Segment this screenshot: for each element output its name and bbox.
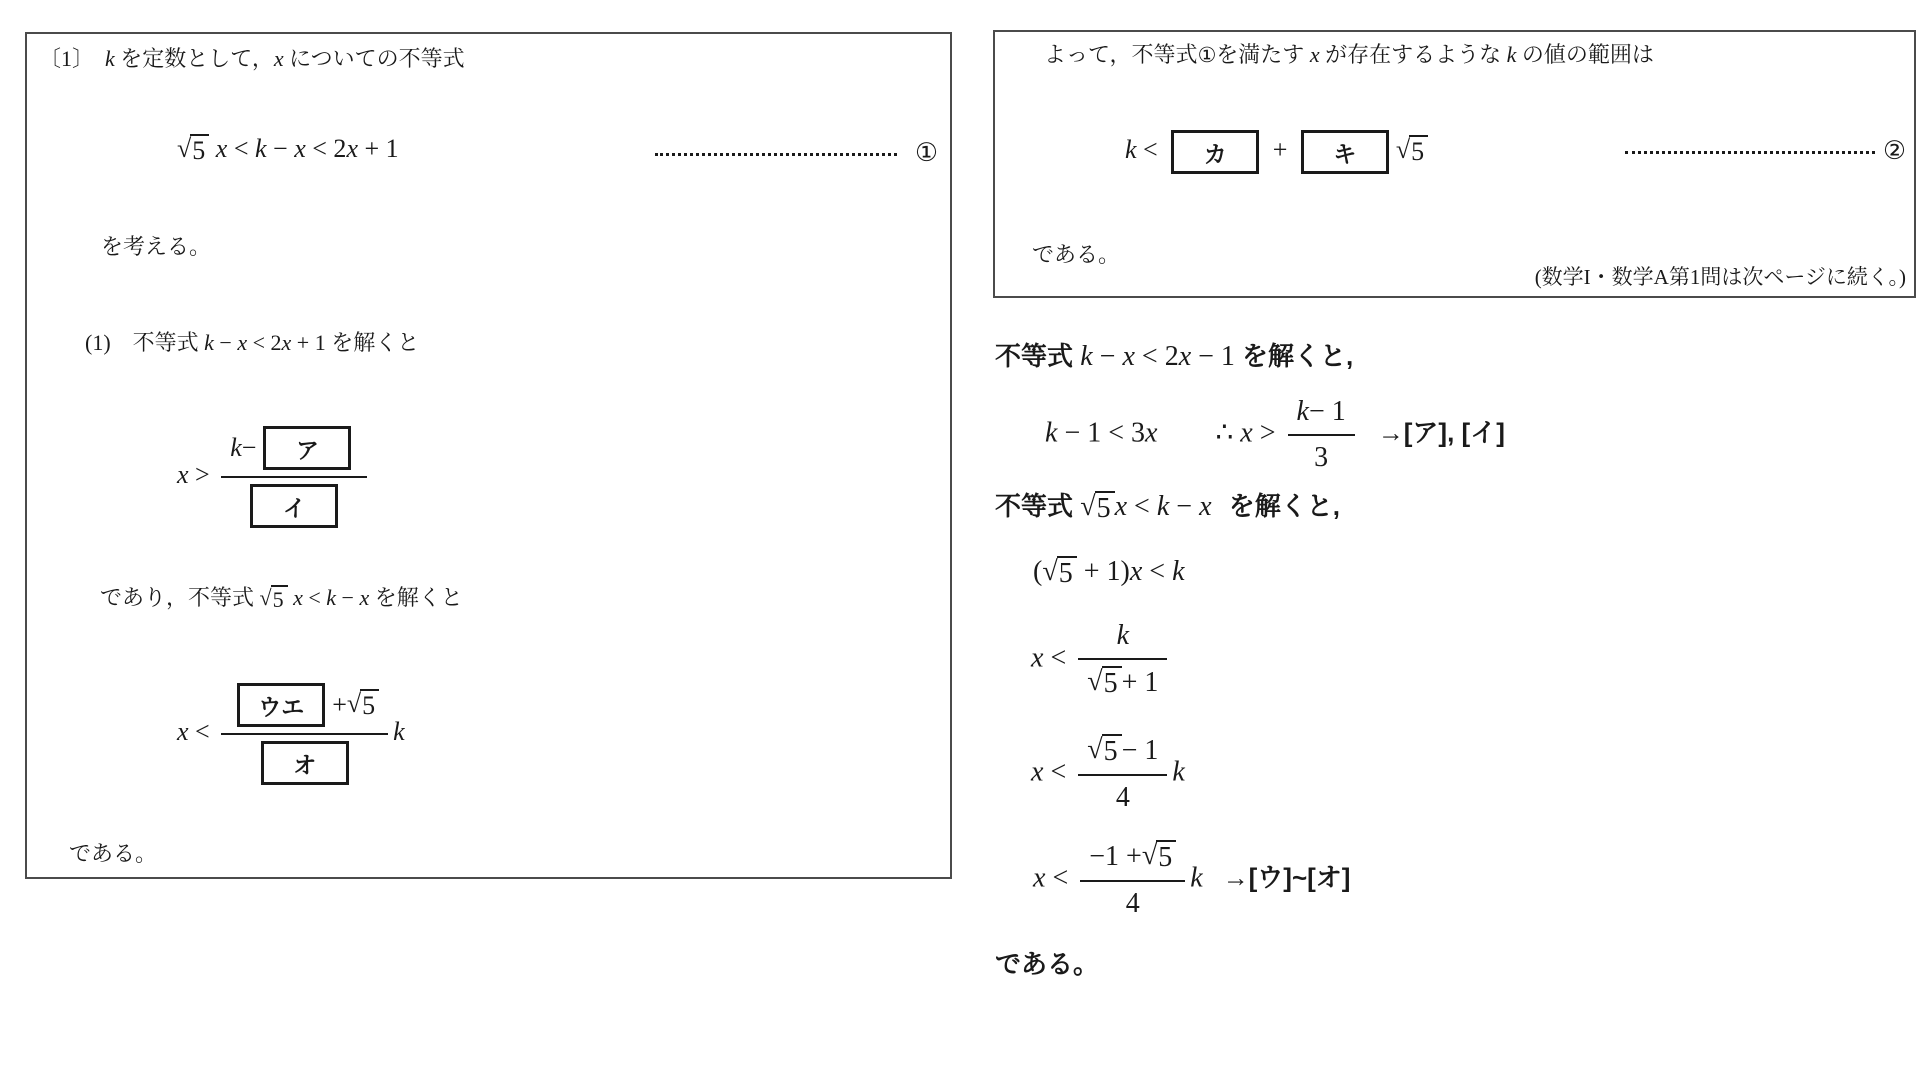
math-variable: x: [1145, 417, 1157, 448]
text: を解くと: [369, 585, 463, 610]
math-variable: x: [1310, 42, 1320, 67]
fraction-numerator: k − ア: [221, 424, 367, 478]
text: −: [242, 433, 257, 463]
math-variable: x: [1199, 491, 1211, 522]
text: − 1: [1191, 341, 1242, 372]
math-variable: x: [288, 585, 303, 610]
math-variable: k: [1172, 757, 1184, 788]
fraction-denominator: 4: [1080, 882, 1185, 922]
circled-number-2: ②: [1883, 136, 1906, 166]
fraction: ウエ + √5オ: [221, 681, 388, 787]
gothic-text: を解くと,: [1242, 341, 1353, 371]
sqrt-expression: √5: [1087, 734, 1121, 768]
text: <: [1043, 757, 1073, 788]
gothic-text: を解くと,: [1222, 491, 1340, 521]
text: − 1: [1122, 735, 1159, 767]
text: (1) 不等式: [85, 330, 204, 355]
gothic-text: 不等式: [995, 341, 1080, 371]
text: − 1 < 3: [1057, 417, 1145, 448]
solution-line-4: (√5 + 1)x < k: [1033, 556, 1185, 590]
text: −: [1169, 491, 1199, 522]
fraction-numerator: k: [1078, 618, 1167, 660]
solution-line-1: 不等式 k − x < 2x − 1 を解くと,: [995, 336, 1353, 373]
text: −1 +: [1089, 841, 1142, 873]
text: が存在するような: [1320, 42, 1507, 67]
radical-sign-icon: √: [1080, 491, 1095, 525]
answer-box-ウエ: ウエ: [237, 683, 325, 727]
radicand: 5: [1057, 556, 1077, 590]
fraction: k√5 + 1: [1078, 618, 1167, 702]
math-variable: k: [105, 46, 115, 71]
math-variable: x: [237, 330, 247, 355]
consider-text: を考える。: [101, 232, 211, 263]
sqrt-expression: √5: [260, 585, 288, 612]
text: であり，不等式: [100, 585, 260, 610]
radicand: 5: [271, 585, 288, 612]
gothic-text: 不等式: [995, 491, 1080, 521]
answer-box-イ: イ: [250, 484, 338, 528]
fraction-denominator: 3: [1288, 436, 1355, 476]
math-variable: x: [1122, 341, 1134, 372]
fraction: k − アイ: [221, 424, 367, 530]
math-variable: k: [230, 433, 242, 463]
answer-box-ア: ア: [263, 426, 351, 470]
text: <: [1043, 643, 1073, 674]
text: −: [336, 585, 359, 610]
result-heading: よって，不等式①を満たす x が存在するような k の値の範囲は: [1044, 40, 1654, 71]
math-variable: x: [1031, 757, 1043, 788]
math-variable: x: [1179, 341, 1191, 372]
math-variable: x: [294, 134, 306, 163]
math-variable: k: [1190, 863, 1202, 894]
text: 3: [1314, 442, 1328, 474]
fraction-denominator: オ: [221, 735, 388, 787]
solution-column: 不等式 k − x < 2x − 1 を解くと, k − 1 < 3x∴ x >…: [995, 336, 1715, 1036]
solution-line-2: k − 1 < 3x∴ x > k − 13→[ア], [イ]: [1045, 394, 1505, 476]
text: −: [214, 330, 237, 355]
sqrt-expression: √5: [177, 134, 209, 166]
text: < 2: [247, 330, 281, 355]
math-variable: k: [393, 717, 405, 746]
fraction-numerator: √5 − 1: [1078, 732, 1167, 776]
text: 4: [1116, 782, 1130, 814]
text: < 2: [306, 134, 347, 163]
answer-expression-1: x > k − アイ: [177, 424, 372, 530]
answer-box-カ: カ: [1171, 130, 1259, 174]
gothic-text: である。: [995, 949, 1099, 979]
fraction-denominator: √5 + 1: [1078, 660, 1167, 702]
formula-ref-2: ②: [1883, 135, 1906, 166]
radicand: 5: [1409, 135, 1428, 167]
text: <: [227, 134, 255, 163]
text: 〔1〕: [39, 46, 105, 71]
gothic-text: →[ア], [イ]: [1378, 417, 1505, 447]
math-variable: x: [1031, 643, 1043, 674]
text: −: [1093, 341, 1123, 372]
solution-line-6: x < √5 − 14k: [1031, 732, 1185, 816]
answer-expression-2: x < ウエ + √5オk: [177, 681, 405, 787]
text: を満たす: [1216, 42, 1310, 67]
math-variable: k: [255, 134, 267, 163]
text: <: [303, 585, 326, 610]
formula-ref-1: ①: [915, 137, 938, 168]
radicand: 5: [1102, 734, 1122, 768]
text: 4: [1126, 888, 1140, 920]
radicand: 5: [1102, 666, 1122, 700]
page-continue-note: (数学I・数学A第1問は次ページに続く。): [1535, 261, 1906, 291]
answer-box-オ: オ: [261, 741, 349, 785]
math-variable: x: [346, 134, 358, 163]
inequality-1: √5 x < k − x < 2x + 1: [177, 134, 399, 166]
radical-sign-icon: √: [1087, 734, 1102, 768]
math-variable: x: [1115, 491, 1127, 522]
math-variable: x: [274, 46, 284, 71]
math-variable: x: [209, 134, 227, 163]
sqrt-expression: √5: [347, 689, 379, 721]
answer-expression-3: k < カ + キ√5: [1125, 130, 1428, 174]
fraction-numerator: ウエ + √5: [221, 681, 388, 735]
part1-heading: (1) 不等式 k − x < 2x + 1 を解くと: [85, 328, 419, 359]
text: < 2: [1135, 341, 1179, 372]
text: <: [1137, 135, 1165, 164]
math-variable: x: [1033, 863, 1045, 894]
text: + 1): [1077, 556, 1130, 587]
dotted-leader-2: [1625, 151, 1875, 154]
fraction: k − 13: [1288, 394, 1355, 476]
radical-sign-icon: √: [347, 689, 361, 721]
result-closing-text: である。: [1032, 240, 1120, 271]
math-variable: k: [1117, 620, 1129, 652]
problem-heading: 〔1〕 k を定数として，x についての不等式: [39, 44, 465, 75]
sqrt-expression: √5: [1142, 840, 1176, 874]
math-variable: k: [1045, 417, 1057, 448]
math-variable: k: [1172, 556, 1184, 587]
gothic-text: →[ウ]~[オ]: [1223, 863, 1351, 893]
text: <: [1045, 863, 1075, 894]
fraction-numerator: −1 + √5: [1080, 838, 1185, 882]
problem-box: 〔1〕 k を定数として，x についての不等式 √5 x < k − x < 2…: [25, 32, 952, 879]
fraction-denominator: 4: [1078, 776, 1167, 816]
math-variable: k: [1125, 135, 1137, 164]
text: − 1: [1309, 396, 1346, 428]
text: −: [267, 134, 295, 163]
math-variable: x: [177, 717, 189, 746]
math-variable: k: [1297, 396, 1309, 428]
math-variable: k: [1080, 341, 1092, 372]
fraction-denominator: イ: [221, 478, 367, 530]
text: の値の範囲は: [1516, 42, 1654, 67]
result-box: よって，不等式①を満たす x が存在するような k の値の範囲は k < カ +…: [993, 30, 1916, 298]
dotted-leader-1: [655, 153, 897, 156]
text: <: [1127, 491, 1157, 522]
math-variable: x: [282, 330, 292, 355]
text: >: [189, 460, 217, 489]
sqrt-expression: √5: [1042, 556, 1076, 590]
text: <: [1142, 556, 1172, 587]
radical-sign-icon: √: [177, 134, 191, 166]
text: を定数として，: [115, 46, 274, 71]
math-variable: k: [1157, 491, 1169, 522]
sqrt-expression: √5: [1080, 491, 1114, 525]
fraction: −1 + √54: [1080, 838, 1185, 922]
solution-line-3: 不等式 √5x < k − x を解くと,: [995, 486, 1340, 525]
text: <: [189, 717, 217, 746]
radicand: 5: [190, 134, 209, 166]
sqrt-expression: √5: [1087, 666, 1121, 700]
closing-text: である。: [69, 839, 157, 870]
math-variable: k: [326, 585, 336, 610]
math-variable: x: [1240, 417, 1252, 448]
text: よって，不等式: [1044, 42, 1198, 67]
text: +: [332, 690, 347, 720]
math-variable: x: [177, 460, 189, 489]
math-variable: x: [359, 585, 369, 610]
solution-line-8: である。: [995, 944, 1099, 981]
math-variable: k: [1507, 42, 1517, 67]
radicand: 5: [1156, 840, 1176, 874]
answer-box-キ: キ: [1301, 130, 1389, 174]
radical-sign-icon: √: [1087, 666, 1102, 700]
radical-sign-icon: √: [1396, 135, 1410, 167]
text: +: [1266, 135, 1294, 164]
circled-number-1: ①: [915, 138, 938, 168]
radicand: 5: [1095, 491, 1115, 525]
math-variable: x: [1130, 556, 1142, 587]
circled-number: ①: [1198, 43, 1217, 67]
second-inequality-intro: であり，不等式 √5 x < k − x を解くと: [100, 583, 463, 614]
text: ∴: [1215, 417, 1240, 448]
sqrt-expression: √5: [1396, 135, 1428, 167]
text: + 1 を解くと: [291, 330, 419, 355]
text: >: [1253, 417, 1283, 448]
solution-line-5: x < k√5 + 1: [1031, 618, 1172, 702]
radical-sign-icon: √: [1042, 556, 1057, 590]
text: (: [1033, 556, 1042, 587]
radical-sign-icon: √: [1142, 840, 1157, 874]
math-variable: k: [204, 330, 214, 355]
text: + 1: [1122, 667, 1159, 699]
page: { "colors": { "text": "#1a1a1a", "box_bo…: [0, 0, 1920, 1080]
fraction: √5 − 14: [1078, 732, 1167, 816]
text: + 1: [358, 134, 399, 163]
solution-line-7: x < −1 + √54k→[ウ]~[オ]: [1033, 838, 1350, 922]
radicand: 5: [360, 689, 379, 721]
fraction-numerator: k − 1: [1288, 394, 1355, 436]
text: についての不等式: [284, 46, 465, 71]
